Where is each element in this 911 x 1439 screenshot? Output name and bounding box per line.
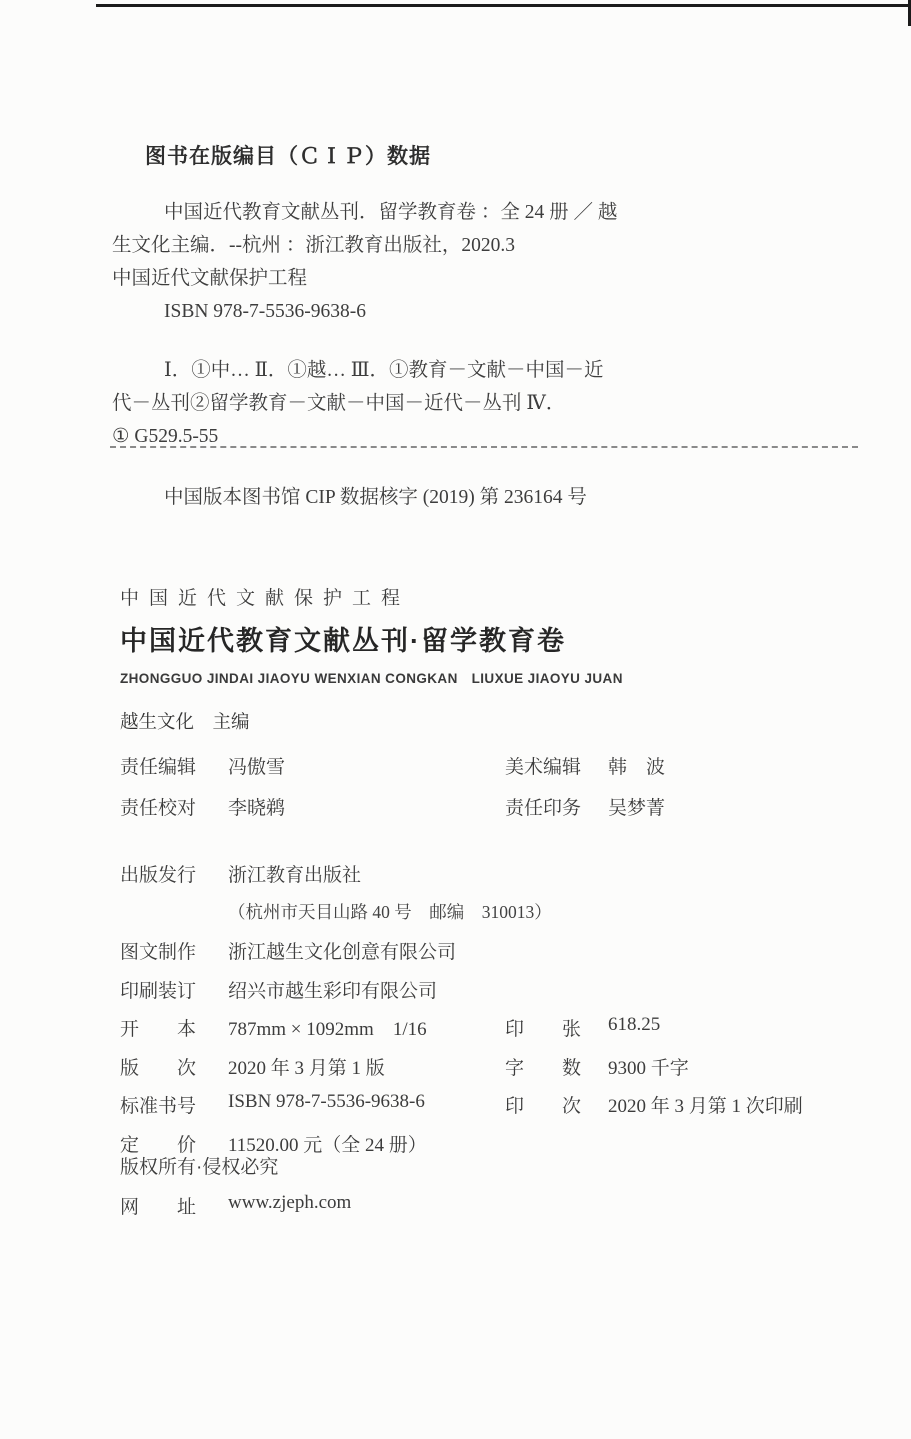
cip-paragraph-2: Ⅰ．①中… Ⅱ．①越… Ⅲ．①教育－文献－中国－近 代－丛刊②留学教育－文献－中… [112,354,855,453]
website-row: 网 址 www.zjeph.com [120,1192,351,1219]
imprint-isbn: ISBN 978-7-5536-9638-6 [228,1091,505,1113]
website-label: 网 址 [120,1192,228,1219]
dashed-divider [110,446,858,448]
imprint-label: 图文制作 [120,937,228,964]
title-section: 中国近代文献保护工程 中国近代教育文献丛刊·留学教育卷 ZHONGGUO JIN… [120,583,871,734]
cip-line: Ⅰ．①中… Ⅱ．①越… Ⅲ．①教育－文献－中国－近 [112,354,855,387]
imprint-value: 绍兴市越生彩印有限公司 [228,976,505,1003]
imprint-value: 618.25 [608,1014,881,1036]
imprint-label: 出版发行 [120,860,228,887]
imprint-row: 出版发行 浙江教育出版社 [120,860,881,899]
cip-paragraph-1: 中国近代教育文献丛刊．留学教育卷 ：全 24 册 ／ 越 生文化主编．--杭州 … [112,196,855,328]
staff-row: 责任校对 李晓鹈 责任印务 吴梦菁 [120,793,871,834]
cip-section: 图书在版编目（ＣＩＰ）数据 中国近代教育文献丛刊．留学教育卷 ：全 24 册 ／… [112,140,855,509]
staff-role-label: 美术编辑 [505,752,608,779]
cip-line: 中国近代教育文献丛刊．留学教育卷 ：全 24 册 ／ 越 [112,196,855,229]
copyright-page: { "colors": { "paper": "#fcfcfb", "text"… [0,0,911,1439]
imprint-value: 浙江越生文化创意有限公司 [228,937,505,964]
imprint-value: 浙江教育出版社 [228,860,505,887]
imprint-label: 印刷装订 [120,976,228,1003]
imprint-row: 开 本 787mm × 1092mm 1/16 印 张 618.25 [120,1014,881,1053]
publisher-address: （杭州市天目山路 40 号 邮编 310013） [228,899,881,924]
cip-line: 生文化主编．--杭州 ：浙江教育出版社，2020.3 [112,229,855,262]
imprint-label: 标准书号 [120,1091,228,1118]
staff-person-name: 吴梦菁 [608,793,871,820]
imprint-row: 图文制作 浙江越生文化创意有限公司 [120,937,881,976]
imprint-row: （杭州市天目山路 40 号 邮编 310013） [120,899,881,938]
staff-person-name: 李晓鹈 [228,793,505,820]
staff-role-label: 责任校对 [120,793,228,820]
cip-isbn-line: ISBN 978-7-5536-9638-6 [112,295,855,328]
imprint-value: 787mm × 1092mm 1/16 [228,1014,505,1041]
staff-credits: 责任编辑 冯傲雪 美术编辑 韩 波 责任校对 李晓鹈 责任印务 吴梦菁 [120,752,871,834]
top-rule [96,4,911,7]
imprint-value: 2020 年 3 月第 1 次印刷 [608,1091,881,1118]
cip-line: 代－丛刊②留学教育－文献－中国－近代－丛刊 Ⅳ． [112,387,855,420]
imprint-label: 版 次 [120,1053,228,1080]
cip-classification-line: ① G529.5-55 [112,420,855,453]
book-title-pinyin: ZHONGGUO JINDAI JIAOYU WENXIAN CONGKAN L… [120,667,871,687]
imprint-label: 字 数 [505,1053,608,1080]
website-url: www.zjeph.com [228,1192,351,1219]
staff-person-name: 冯傲雪 [228,752,505,779]
imprint-label: 开 本 [120,1014,228,1041]
staff-role-label: 责任印务 [505,793,608,820]
imprint-value: 9300 千字 [608,1053,881,1080]
imprint-row: 标准书号 ISBN 978-7-5536-9638-6 印 次 2020 年 3… [120,1091,881,1130]
footer-section: 版权所有·侵权必究 网 址 www.zjeph.com [120,1152,351,1219]
staff-person-name: 韩 波 [608,752,871,779]
imprint-row: 印刷装订 绍兴市越生彩印有限公司 [120,976,881,1015]
chief-editor-line: 越生文化 主编 [120,708,871,734]
imprint-label: 印 次 [505,1091,608,1118]
imprint-section: 出版发行 浙江教育出版社 （杭州市天目山路 40 号 邮编 310013） 图文… [120,860,881,1168]
project-series-line: 中国近代文献保护工程 [120,583,871,610]
imprint-value: 2020 年 3 月第 1 版 [228,1053,505,1080]
imprint-label: 印 张 [505,1014,608,1041]
cip-line: 中国近代文献保护工程 [112,262,855,295]
imprint-row: 版 次 2020 年 3 月第 1 版 字 数 9300 千字 [120,1053,881,1092]
staff-role-label: 责任编辑 [120,752,228,779]
staff-row: 责任编辑 冯傲雪 美术编辑 韩 波 [120,752,871,793]
copyright-notice: 版权所有·侵权必究 [120,1152,351,1192]
cip-record-number: 中国版本图书馆 CIP 数据核字 (2019) 第 236164 号 [112,481,855,509]
book-title: 中国近代教育文献丛刊·留学教育卷 [120,619,871,658]
cip-title: 图书在版编目（ＣＩＰ）数据 [145,140,855,170]
